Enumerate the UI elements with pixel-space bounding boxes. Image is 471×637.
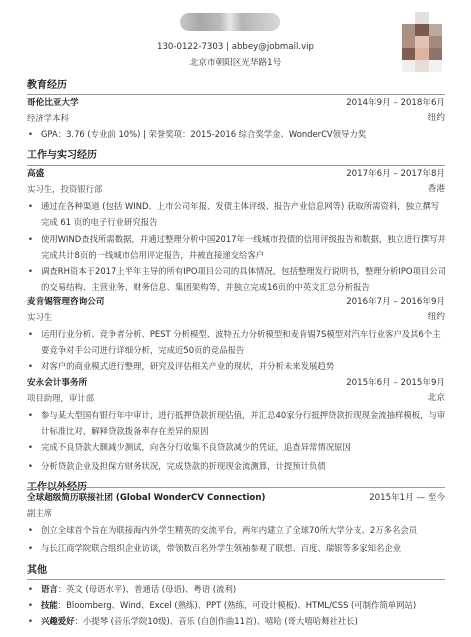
education-dates: 2014年9月 – 2018年6月: [346, 97, 445, 110]
job-dates: 2016年7月 – 2016年9月: [346, 296, 445, 309]
education-header-row: 哥伦比亚大学 2014年9月 – 2018年6月: [27, 97, 445, 110]
bullet-icon: •: [27, 199, 41, 230]
job-dates: 2017年6月 – 2017年8月: [346, 168, 445, 181]
school-name: 哥伦比亚大学: [27, 97, 79, 110]
list-item: • 与长江商学院联合组织企业访谈，带领数百名外学生领袖参观了联想、百度、瑞银等多…: [27, 541, 447, 557]
photo-pixel: [415, 12, 428, 24]
skill-label: 技能: [41, 600, 58, 610]
organization-name: 全球超级简历联接社团 (Global WonderCV Connection): [27, 492, 265, 505]
list-item: • 运用行业分析、竞争者分析、PEST 分析模型、波特五力分析模型和麦肯锡7S模…: [27, 327, 447, 358]
degree: 经济学本科: [27, 112, 69, 125]
photo-pixel: [415, 36, 428, 48]
photo-pixel: [402, 12, 415, 24]
photo-pixel: [429, 24, 442, 36]
photo-pixel: [429, 48, 442, 60]
list-item: • 参与某大型国有银行年中审计，进行抵押贷款折现估值，并汇总40家分行抵押贷款折…: [27, 408, 447, 439]
company-name: 麦肯锡管理咨询公司: [27, 296, 104, 309]
bullet-icon: •: [27, 327, 41, 358]
avatar-photo: [402, 12, 442, 72]
job-location: 纽约: [428, 311, 445, 324]
bullet-icon: •: [27, 440, 41, 456]
photo-pixel: [429, 12, 442, 24]
list-item: • 技能：Bloomberg、Wind、Excel (熟练)、PPT (熟练，可…: [27, 598, 447, 614]
section-divider: [27, 579, 445, 580]
bullet-icon: •: [27, 459, 41, 475]
bullet-icon: •: [27, 127, 41, 143]
photo-pixel: [402, 48, 415, 60]
section-title-work: 工作与实习经历: [27, 148, 97, 163]
resume-header: 130-0122-7303 | abbey@jobmail.vip 北京市朝阳区…: [0, 0, 471, 76]
job-sub-row: 实习生 纽约: [27, 311, 445, 324]
photo-pixel: [415, 24, 428, 36]
list-item: • 完成不良贷款大额减少测试，向各分行收集不良贷款减少的凭证，追查异常情况原因: [27, 440, 447, 456]
job-sub-row: 项目助理，审计部 北京: [27, 392, 445, 405]
photo-pixel: [402, 60, 415, 72]
job-header-row: 高盛 2017年6月 – 2017年8月: [27, 168, 445, 181]
job-title: 实习生，投资银行部: [27, 183, 102, 196]
photo-pixel: [415, 48, 428, 60]
job-title: 项目助理，审计部: [27, 392, 94, 405]
bullet-icon: •: [27, 523, 41, 539]
list-item: • GPA：3.76 (专业前 10%) | 荣誉奖项：2015-2016 综合…: [27, 127, 447, 143]
skill-label: 语言: [41, 584, 58, 594]
education-location: 纽约: [428, 112, 445, 125]
photo-pixel: [429, 60, 442, 72]
photo-pixel: [415, 60, 428, 72]
bullet-icon: •: [27, 232, 41, 263]
photo-pixel: [429, 36, 442, 48]
resume-page: 130-0122-7303 | abbey@jobmail.vip 北京市朝阳区…: [0, 0, 471, 637]
company-name: 安永会计事务所: [27, 377, 87, 390]
bullet-icon: •: [27, 614, 41, 630]
section-divider: [27, 487, 445, 488]
list-item: • 创立全球首个旨在为联接海内外学生精英的交流平台，两年内建立了全球70所大学分…: [27, 523, 447, 539]
activity-role: 副主席: [27, 507, 52, 520]
photo-pixel: [402, 36, 415, 48]
activity-sub-row: 副主席: [27, 507, 445, 520]
bullet-icon: •: [27, 582, 41, 598]
job-dates: 2015年6月 – 2015年9月: [346, 377, 445, 390]
job-header-row: 安永会计事务所 2015年6月 – 2015年9月: [27, 377, 445, 390]
list-item: • 语言：英文 (母语水平)、普通话 (母语)、粤语 (流利): [27, 582, 447, 598]
list-item: • 分析贷款企业及担保方财务状况，完成贷款的折现现金流测算，计提预计负债: [27, 459, 447, 475]
list-item: • 使用WIND查找所需数据，并通过整理分析中国2017年一线城市投债的信用评级…: [27, 232, 447, 263]
bullet-icon: •: [27, 264, 41, 295]
section-divider: [27, 165, 445, 166]
job-header-row: 麦肯锡管理咨询公司 2016年7月 – 2016年9月: [27, 296, 445, 309]
job-location: 北京: [428, 392, 445, 405]
job-title: 实习生: [27, 311, 52, 324]
job-location: 香港: [428, 183, 445, 196]
bullet-icon: •: [27, 598, 41, 614]
list-item: • 调查RH资本于2017上半年主导的所有IPO项目公司的具体情况，包括整理发行…: [27, 264, 447, 295]
job-sub-row: 实习生，投资银行部 香港: [27, 183, 445, 196]
list-item: • 通过在各种渠道 (包括 WIND、上市公司年报、发债主体评级、报告产业信息网…: [27, 199, 447, 230]
bullet-icon: •: [27, 408, 41, 439]
bullet-icon: •: [27, 359, 41, 375]
activity-dates: 2015年1月 — 至今: [369, 492, 445, 505]
section-divider: [27, 94, 445, 95]
photo-pixel: [402, 24, 415, 36]
activity-header-row: 全球超级简历联接社团 (Global WonderCV Connection) …: [27, 492, 445, 505]
section-title-other: 其他: [27, 563, 47, 578]
contact-info: 130-0122-7303 | abbey@jobmail.vip: [0, 41, 471, 54]
section-title-education: 教育经历: [27, 78, 67, 93]
blurred-name: [180, 13, 280, 31]
list-item: • 兴趣爱好：小提琴 (音乐学院10级)、音乐 (自创作曲11首)、嘻哈 (哥大…: [27, 614, 447, 630]
list-item: • 对客户的商业模式进行整理，研究及评估相关产业的现状，并分析未来发展趋势: [27, 359, 447, 375]
education-sub-row: 经济学本科 纽约: [27, 112, 445, 125]
bullet-icon: •: [27, 541, 41, 557]
company-name: 高盛: [27, 168, 44, 181]
address: 北京市朝阳区光华路1号: [0, 57, 471, 70]
skill-label: 兴趣爱好: [41, 616, 75, 626]
